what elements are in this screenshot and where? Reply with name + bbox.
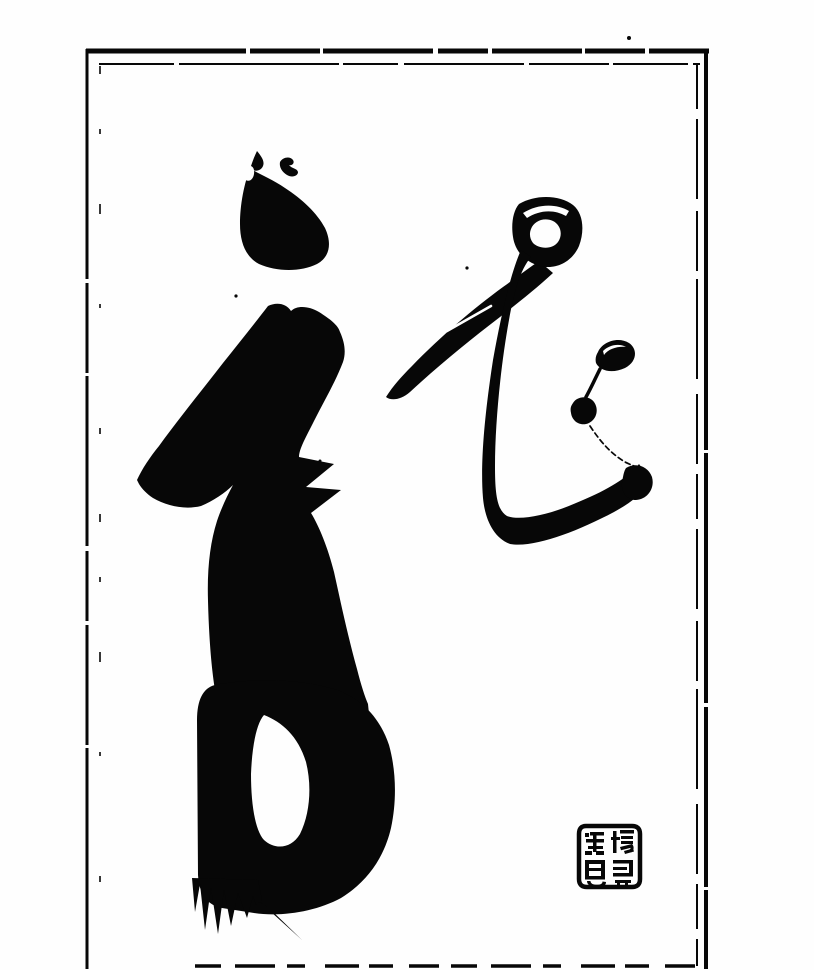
seal-mark [590,832,604,836]
seal-mark [625,883,628,886]
seal-mark [617,883,620,886]
seal-mark [585,833,589,837]
flying-white-streak-2 [438,323,448,329]
scanned-calligraphy-page [0,0,814,970]
ink-speck-left [234,294,237,297]
seal-mark [621,836,633,839]
ink-speck-spike [319,460,322,463]
seal-mark [589,868,601,871]
seal-mark [601,864,605,876]
seal-mark [613,873,633,877]
seal-mark [615,880,631,883]
seal-mark [585,851,592,855]
seal-mark [585,876,605,880]
seal-mark [593,832,597,852]
sweep-end-knob [622,465,653,500]
dragon-character [137,36,653,940]
seal-mark [613,867,627,870]
leaf-tail-stroke [586,369,600,397]
artist-seal [579,826,640,888]
seal-mark [611,837,620,840]
head-curl-mark [280,158,298,177]
flourish-rising-stroke [386,261,553,399]
seal-mark [621,841,633,844]
calligraphy-artwork [0,0,814,970]
body-mass-stroke [137,304,369,714]
seal-mark [585,860,605,864]
ink-speck-top [627,36,631,40]
seal-mark [613,860,631,864]
leaf-dot-stroke [596,340,635,371]
seal-mark [620,830,634,834]
ink-speck-mid [465,266,468,269]
seal-mark [613,831,617,853]
seal-mark [596,851,604,855]
seal-mark [585,864,589,876]
flourish-falling-sweep [482,250,650,545]
small-ink-blob [571,397,597,424]
hairline-connector [590,426,640,468]
